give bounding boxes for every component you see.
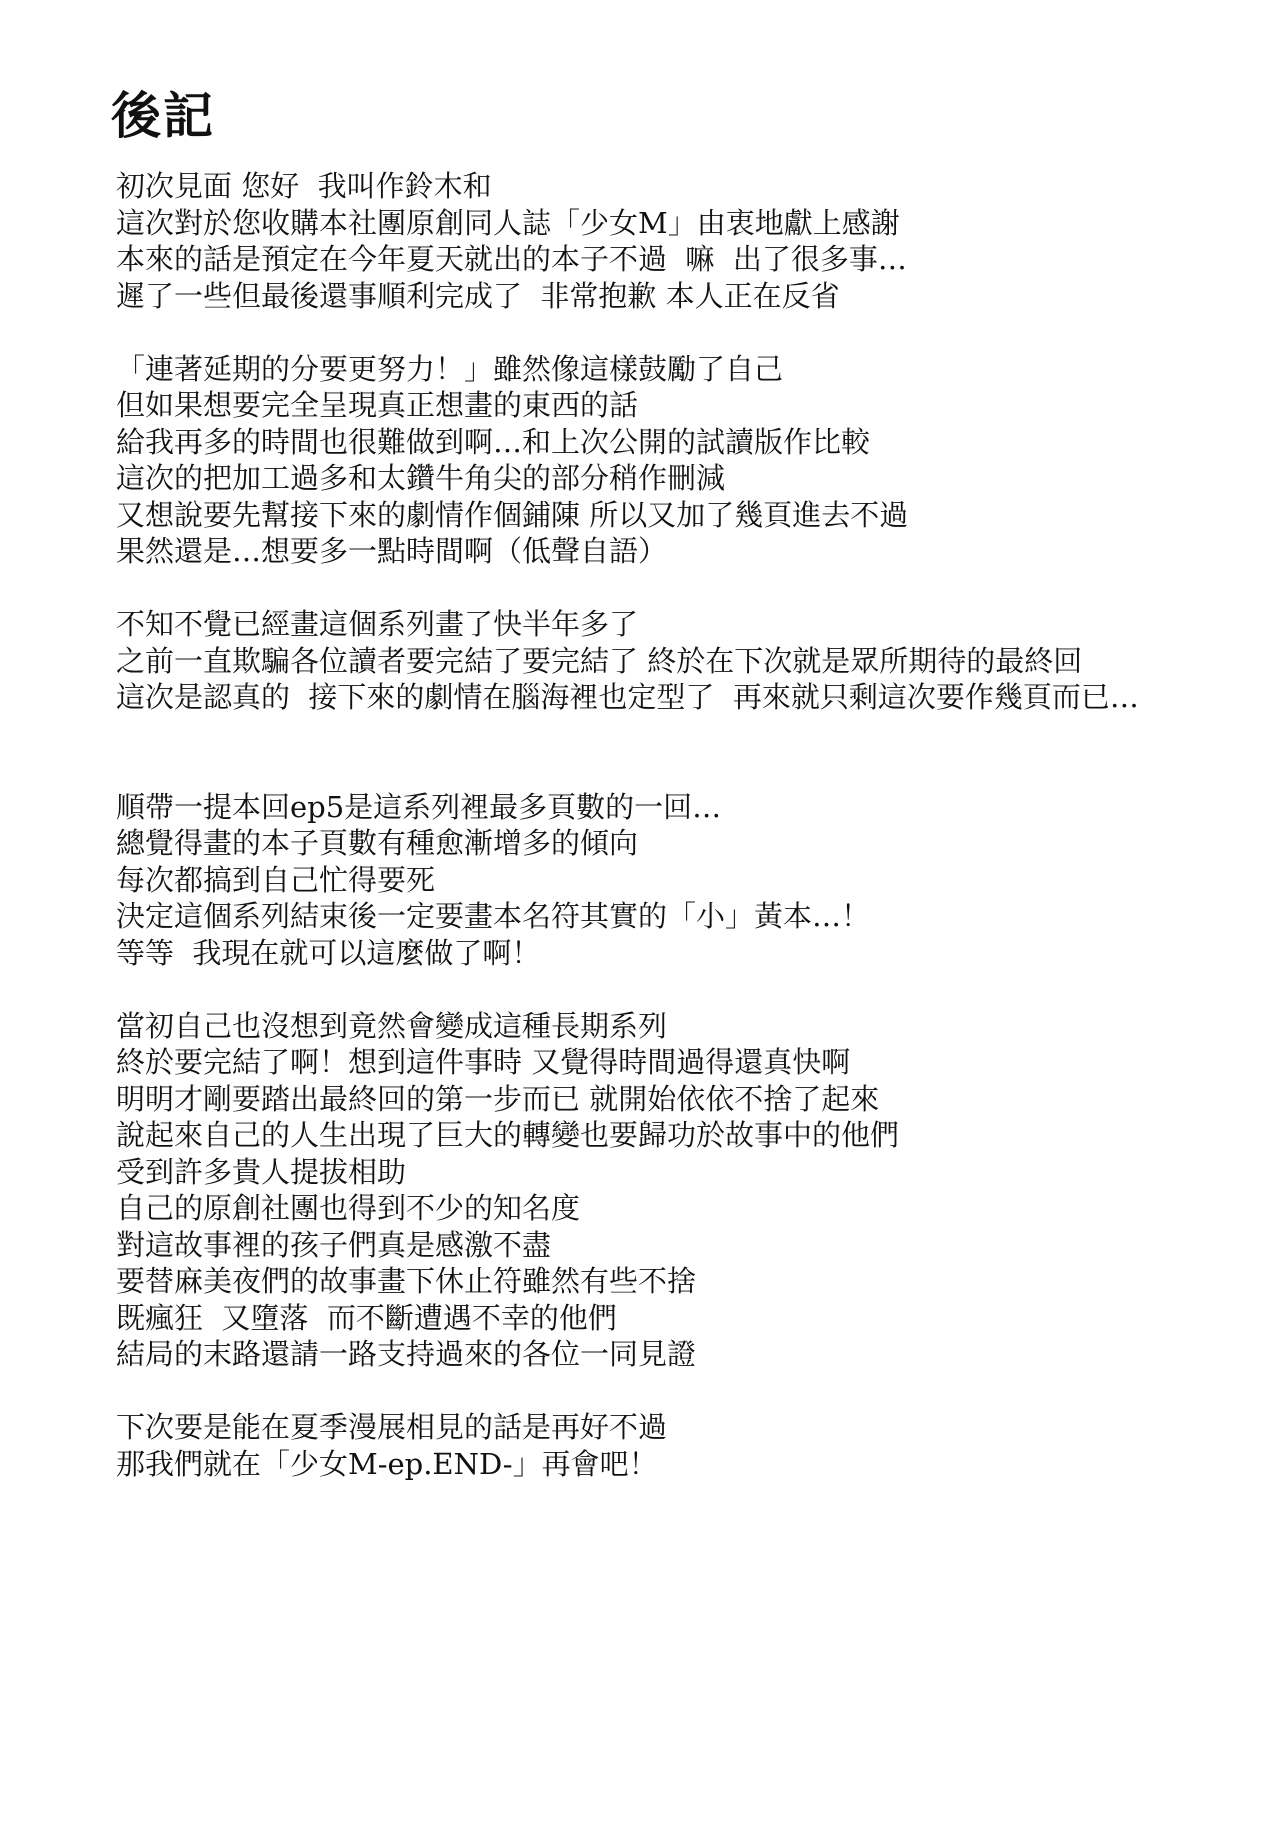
text-line: 但如果想要完全呈現真正想畫的東西的話 <box>116 387 1236 424</box>
text-line: 下次要是能在夏季漫展相見的話是再好不過 <box>116 1409 1236 1446</box>
text-line: 自己的原創社團也得到不少的知名度 <box>116 1190 1236 1227</box>
text-line: 不知不覺已經畫這個系列畫了快半年多了 <box>116 606 1236 643</box>
text-line: 明明才剛要踏出最終回的第一步而已 就開始依依不捨了起來 <box>116 1081 1236 1118</box>
afterword-body: 初次見面 您好 我叫作鈴木和 這次對於您收購本社團原創同人誌「少女M」由衷地獻上… <box>116 168 1236 1519</box>
paragraph-reflection: 當初自己也沒想到竟然會變成這種長期系列 終於要完結了啊！想到這件事時 又覺得時間… <box>116 1008 1236 1373</box>
text-line: 要替麻美夜們的故事畫下休止符雖然有些不捨 <box>116 1263 1236 1300</box>
text-line: 既瘋狂 又墮落 而不斷遭遇不幸的他們 <box>116 1300 1236 1337</box>
text-line: 結局的末路還請一路支持過來的各位一同見證 <box>116 1336 1236 1373</box>
text-line: 等等 我現在就可以這麼做了啊！ <box>116 935 1236 972</box>
paragraph-series: 不知不覺已經畫這個系列畫了快半年多了 之前一直欺騙各位讀者要完結了要完結了 終於… <box>116 606 1236 716</box>
text-line: 總覺得畫的本子頁數有種愈漸增多的傾向 <box>116 825 1236 862</box>
text-line: 對這故事裡的孩子們真是感激不盡 <box>116 1227 1236 1264</box>
paragraph-greeting: 初次見面 您好 我叫作鈴木和 這次對於您收購本社團原創同人誌「少女M」由衷地獻上… <box>116 168 1236 314</box>
text-line: 果然還是…想要多一點時間啊（低聲自語） <box>116 533 1236 570</box>
text-line: 這次是認真的 接下來的劇情在腦海裡也定型了 再來就只剩這次要作幾頁而已… <box>116 679 1236 716</box>
text-line: 給我再多的時間也很難做到啊…和上次公開的試讀版作比較 <box>116 424 1236 461</box>
text-line: 每次都搞到自己忙得要死 <box>116 862 1236 899</box>
text-line: 決定這個系列結束後一定要畫本名符其實的「小」黃本…！ <box>116 898 1236 935</box>
text-line: 說起來自己的人生出現了巨大的轉變也要歸功於故事中的他們 <box>116 1117 1236 1154</box>
paragraph-effort: 「連著延期的分要更努力！」雖然像這樣鼓勵了自己 但如果想要完全呈現真正想畫的東西… <box>116 351 1236 570</box>
text-line: 終於要完結了啊！想到這件事時 又覺得時間過得還真快啊 <box>116 1044 1236 1081</box>
text-line: 受到許多貴人提拔相助 <box>116 1154 1236 1191</box>
text-line: 之前一直欺騙各位讀者要完結了要完結了 終於在下次就是眾所期待的最終回 <box>116 643 1236 680</box>
text-line: 又想說要先幫接下來的劇情作個鋪陳 所以又加了幾頁進去不過 <box>116 497 1236 534</box>
afterword-page: 後記 初次見面 您好 我叫作鈴木和 這次對於您收購本社團原創同人誌「少女M」由衷… <box>0 0 1280 1826</box>
text-line: 順帶一提本回ep5是這系列裡最多頁數的一回… <box>116 789 1236 826</box>
text-line: 這次對於您收購本社團原創同人誌「少女M」由衷地獻上感謝 <box>116 205 1236 242</box>
text-line: 這次的把加工過多和太鑽牛角尖的部分稍作刪減 <box>116 460 1236 497</box>
paragraph-farewell: 下次要是能在夏季漫展相見的話是再好不過 那我們就在「少女M-ep.END-」再會… <box>116 1409 1236 1482</box>
paragraph-page-count: 順帶一提本回ep5是這系列裡最多頁數的一回… 總覺得畫的本子頁數有種愈漸增多的傾… <box>116 789 1236 972</box>
text-line: 初次見面 您好 我叫作鈴木和 <box>116 168 1236 205</box>
page-title: 後記 <box>111 86 215 146</box>
text-line: 那我們就在「少女M-ep.END-」再會吧！ <box>116 1446 1236 1483</box>
text-line: 本來的話是預定在今年夏天就出的本子不過 嘛 出了很多事… <box>116 241 1236 278</box>
text-line: 當初自己也沒想到竟然會變成這種長期系列 <box>116 1008 1236 1045</box>
text-line: 遲了一些但最後還事順利完成了 非常抱歉 本人正在反省 <box>116 278 1236 315</box>
text-line: 「連著延期的分要更努力！」雖然像這樣鼓勵了自己 <box>116 351 1236 388</box>
